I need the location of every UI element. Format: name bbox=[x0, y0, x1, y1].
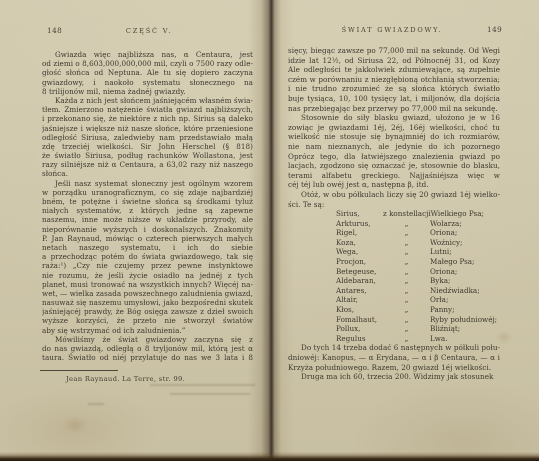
star-name: Antares, bbox=[288, 286, 383, 296]
text-line: Do tych 14 trzeba dodać 6 następnych w p… bbox=[288, 343, 500, 353]
constellation-name: Panny; bbox=[430, 305, 500, 315]
star-list-row: Procjon,„Małego Psa; bbox=[288, 257, 500, 267]
text-line: Każda z nich jest słońcem jaśniejącém wł… bbox=[42, 96, 253, 105]
star-name: Regulus bbox=[288, 334, 383, 344]
paragraph: Każda z nich jest słońcem jaśniejącém wł… bbox=[42, 96, 253, 179]
star-name: Kłos, bbox=[288, 305, 383, 315]
text-line: 8 trilijonów mil, niema żadnéj gwiazdy. bbox=[42, 87, 253, 96]
text-line: wielkość nie stosuje się bynajmniéj do i… bbox=[288, 132, 500, 142]
paragraph: Druga ma ich 60, trzecia 200. Widzimy ja… bbox=[288, 372, 500, 382]
bottom-edge-shadow bbox=[0, 452, 539, 461]
star-list-row: Wega,„Lutni; bbox=[288, 247, 500, 257]
ditto-or-connector: z konstellacji bbox=[383, 209, 431, 219]
text-line: i przekonano się, że niektóre z nich np.… bbox=[42, 114, 253, 123]
right-page-body: sięcy, biegąc zawsze po 77,000 mil na se… bbox=[288, 46, 500, 382]
text-line: planet, musi tronować na wszystkich inny… bbox=[42, 280, 253, 289]
text-line: terami alfabetu greckiego. Najjaśniéjsza… bbox=[288, 171, 500, 181]
star-list-row: Koza,„Woźnicy; bbox=[288, 238, 500, 248]
paragraph: Jeśli nasz systemat słoneczny jest ogóln… bbox=[42, 179, 253, 335]
right-paragraphs-top: sięcy, biegąc zawsze po 77,000 mil na se… bbox=[288, 46, 500, 209]
star-list-row: Rigel,„Oriona; bbox=[288, 228, 500, 238]
ditto-or-connector: „ bbox=[383, 238, 430, 248]
page-number-right: 149 bbox=[487, 25, 502, 34]
bleedthrough-mark bbox=[88, 403, 104, 405]
text-line: do nas gwiazdą, odległą o 8 tryljonów mi… bbox=[42, 344, 253, 353]
constellation-name: Orła; bbox=[430, 295, 500, 305]
bleedthrough-mark bbox=[170, 393, 250, 395]
text-line: Otóż, w obu półkulach liczy się 20 gwiaz… bbox=[288, 190, 500, 200]
constellation-name: Ryby południowéj; bbox=[430, 315, 500, 325]
text-line: céj téj lub owéj jest α, następna β, itd… bbox=[288, 180, 500, 190]
text-line: Krzyża południowego. Razem, 20 gwiazd 1é… bbox=[288, 363, 500, 373]
star-list-row: Kłos,„Panny; bbox=[288, 305, 500, 315]
text-line: Druga ma ich 60, trzecia 200. Widzimy ja… bbox=[288, 372, 500, 382]
text-line: nas przebiegając bez przerwy po 77,000 m… bbox=[288, 104, 500, 114]
ditto-or-connector: „ bbox=[383, 267, 430, 277]
ditto-or-connector: „ bbox=[383, 286, 430, 296]
text-line: naszemu, inne może niższe w układzie prz… bbox=[42, 215, 253, 224]
text-line: Stosownie do siły blasku gwiazd, ułożono… bbox=[288, 113, 500, 123]
text-line: Gwiazda więc najbliższa nas, α Centaura,… bbox=[42, 50, 253, 59]
constellation-name: Woźnicy; bbox=[430, 238, 500, 248]
ditto-or-connector: „ bbox=[383, 247, 430, 257]
text-line: czém w porównaniu z niezgłębioną otchłan… bbox=[288, 75, 500, 85]
star-name: Koza, bbox=[288, 238, 383, 248]
text-line: odległość Siriusa, zaledwieby nam przeds… bbox=[42, 133, 253, 142]
star-name: Rigel, bbox=[288, 228, 383, 238]
bleedthrough-mark bbox=[150, 384, 255, 386]
text-line: a przechodząc potém do świata gwiazdoweg… bbox=[42, 252, 253, 261]
paragraph: Mówiliśmy że świat gwiazdowy zaczyna się… bbox=[42, 335, 253, 363]
ditto-or-connector: „ bbox=[383, 324, 430, 334]
star-list: Sirius,z konstellacjiWielkiego Psa;Arktu… bbox=[288, 209, 500, 343]
constellation-name: Małego Psa; bbox=[430, 257, 500, 267]
text-line: zowiąc je gwiazdami 1éj, 2éj, 16éj wielk… bbox=[288, 123, 500, 133]
text-line: wyższe korzyści, że przeto nie stworzył … bbox=[42, 316, 253, 325]
text-line: tłem. Zmierzono natężenie światła gwiazd… bbox=[42, 105, 253, 114]
text-line: Jeśli nasz systemat słoneczny jest ogóln… bbox=[42, 179, 253, 188]
constellation-name: Wielkiego Psa; bbox=[431, 209, 500, 219]
ditto-or-connector: „ bbox=[383, 305, 430, 315]
constellation-name: Bliźniąt; bbox=[430, 324, 500, 334]
text-line: i nie trudno zrozumieć że są słońca któr… bbox=[288, 84, 500, 94]
ditto-or-connector: „ bbox=[383, 276, 430, 286]
star-list-row: Sirius,z konstellacjiWielkiego Psa; bbox=[288, 209, 500, 219]
text-line: aby się wstrzymać od ich zaludnienia.” bbox=[42, 326, 253, 335]
footnote-text: Jean Raynaud. La Terre, str. 99. bbox=[42, 375, 253, 384]
ditto-or-connector: „ bbox=[383, 228, 430, 238]
text-line: słońca. bbox=[42, 169, 253, 178]
ditto-or-connector: „ bbox=[383, 257, 430, 267]
star-list-row: Altair,„Orła; bbox=[288, 295, 500, 305]
paragraph: Do tych 14 trzeba dodać 6 następnych w p… bbox=[288, 343, 500, 372]
ditto-or-connector: „ bbox=[383, 295, 430, 305]
text-line: nie rozumu, że jeśli życie osiadło na je… bbox=[42, 271, 253, 280]
constellation-name: Byka; bbox=[430, 276, 500, 286]
text-line: od ziemi o 8,603,000,000,000 mil, czyli … bbox=[42, 59, 253, 68]
constellation-name: Oriona; bbox=[430, 267, 500, 277]
text-line: gwiazdowy, i naokoło systematu słoneczne… bbox=[42, 78, 253, 87]
paragraph: Otóż, w obu półkulach liczy się 20 gwiaz… bbox=[288, 190, 500, 209]
star-list-row: Fomalhaut,„Ryby południowéj; bbox=[288, 315, 500, 325]
star-list-row: Pollux,„Bliźniąt; bbox=[288, 324, 500, 334]
constellation-name: Niedźwiadka; bbox=[430, 286, 500, 296]
text-line: dniowéj: Kanopus, — α Erydana, — α i β C… bbox=[288, 353, 500, 363]
right-paragraphs-bottom: Do tych 14 trzeba dodać 6 następnych w p… bbox=[288, 343, 500, 381]
star-list-row: Aldebaran,„Byka; bbox=[288, 276, 500, 286]
text-line: bném, te potężne i świetne słońca są śro… bbox=[42, 197, 253, 206]
star-name: Betegeuse, bbox=[288, 267, 383, 277]
left-page-body: Gwiazda więc najbliższa nas, α Centaura,… bbox=[42, 50, 253, 362]
text-line: razy silniéjsze niż α Centaura, a 63,02 … bbox=[42, 160, 253, 169]
star-name: Sirius, bbox=[288, 209, 383, 219]
text-line: sięcy, biegąc zawsze po 77,000 mil na se… bbox=[288, 46, 500, 56]
running-head-left: CZĘŚĆ V. bbox=[44, 27, 254, 35]
text-line: raża:¹) „Czy nie czujemy przez pewne ins… bbox=[42, 261, 253, 270]
star-list-row: Arkturus,„Wolarza; bbox=[288, 219, 500, 229]
constellation-name: Lwa. bbox=[430, 334, 500, 344]
running-head-right: ŚWIAT GWIAZDOWY. bbox=[288, 26, 496, 34]
constellation-name: Lutni; bbox=[430, 247, 500, 257]
paper-stain bbox=[62, 416, 88, 434]
ditto-or-connector: „ bbox=[383, 219, 430, 229]
text-line: nieporównanie wyższych i doskonalszych. … bbox=[42, 225, 253, 234]
star-list-row: Betegeuse,„Oriona; bbox=[288, 267, 500, 277]
text-line: nasuważ się naszemu umysłowi, jako bezpo… bbox=[42, 298, 253, 307]
star-name: Procjon, bbox=[288, 257, 383, 267]
text-line: w porządku uranograficznym, co się zdaje… bbox=[42, 188, 253, 197]
ditto-or-connector: „ bbox=[383, 334, 430, 344]
constellation-name: Wolarza; bbox=[430, 219, 500, 229]
paragraph: Gwiazda więc najbliższa nas, α Centaura,… bbox=[42, 50, 253, 96]
text-line: Oprócz tego, dla łatwiéjszego znalezieni… bbox=[288, 152, 500, 162]
text-line: lacjach, zgodzono się oznaczać je, stoso… bbox=[288, 161, 500, 171]
text-line: jaśniejsze i większe niż nasze słońce, k… bbox=[42, 124, 253, 133]
star-name: Wega, bbox=[288, 247, 383, 257]
text-line: niałych systematów, z których jedne są z… bbox=[42, 206, 253, 215]
footnote-rule bbox=[40, 370, 118, 371]
paragraph: Stosownie do siły blasku gwiazd, ułożono… bbox=[288, 113, 500, 190]
star-list-row: Regulus„Lwa. bbox=[288, 334, 500, 344]
text-line: P. Jan Raynaud, mówiąc o czterech pierws… bbox=[42, 234, 253, 243]
text-line: taura. Światło od niéj przylatuje do nas… bbox=[42, 353, 253, 362]
paragraph: sięcy, biegąc zawsze po 77,000 mil na se… bbox=[288, 46, 500, 113]
text-line: jaśniejącéj prawdy, że Bóg osięga zawsze… bbox=[42, 307, 253, 316]
star-name: Arkturus, bbox=[288, 219, 383, 229]
book-page-spread: 148 CZĘŚĆ V. Gwiazda więc najbliższa nas… bbox=[0, 0, 539, 461]
text-line: Mówiliśmy że świat gwiazdowy zaczyna się… bbox=[42, 335, 253, 344]
text-line: netach naszego systematu, i ich do siebi… bbox=[42, 243, 253, 252]
star-name: Fomalhaut, bbox=[288, 315, 383, 325]
star-name: Altair, bbox=[288, 295, 383, 305]
text-line: ści. Te są: bbox=[288, 200, 500, 210]
ditto-or-connector: „ bbox=[383, 315, 430, 325]
text-line: głość słońca od Neptuna. Ale tu się dopi… bbox=[42, 68, 253, 77]
text-line: wet, — wielka zasada powszechnego zaludn… bbox=[42, 289, 253, 298]
text-line: idzie lat 12½, od Siriusa 22, od Północn… bbox=[288, 56, 500, 66]
star-list-row: Antares,„Niedźwiadka; bbox=[288, 286, 500, 296]
star-name: Aldebaran, bbox=[288, 276, 383, 286]
text-line: że światło Siriusa, podług rachunków Wol… bbox=[42, 151, 253, 160]
text-line: Ale odległości te jakkolwiek zdumiewając… bbox=[288, 65, 500, 75]
text-line: buje tysiąca, 10, 100 tysięcy lat, i mil… bbox=[288, 94, 500, 104]
text-line: nie nam nieznanych, ale jedynie do ich p… bbox=[288, 142, 500, 152]
star-name: Pollux, bbox=[288, 324, 383, 334]
text-line: zdę trzeciéj wielkości. Sir John Hersche… bbox=[42, 142, 253, 151]
constellation-name: Oriona; bbox=[430, 228, 500, 238]
